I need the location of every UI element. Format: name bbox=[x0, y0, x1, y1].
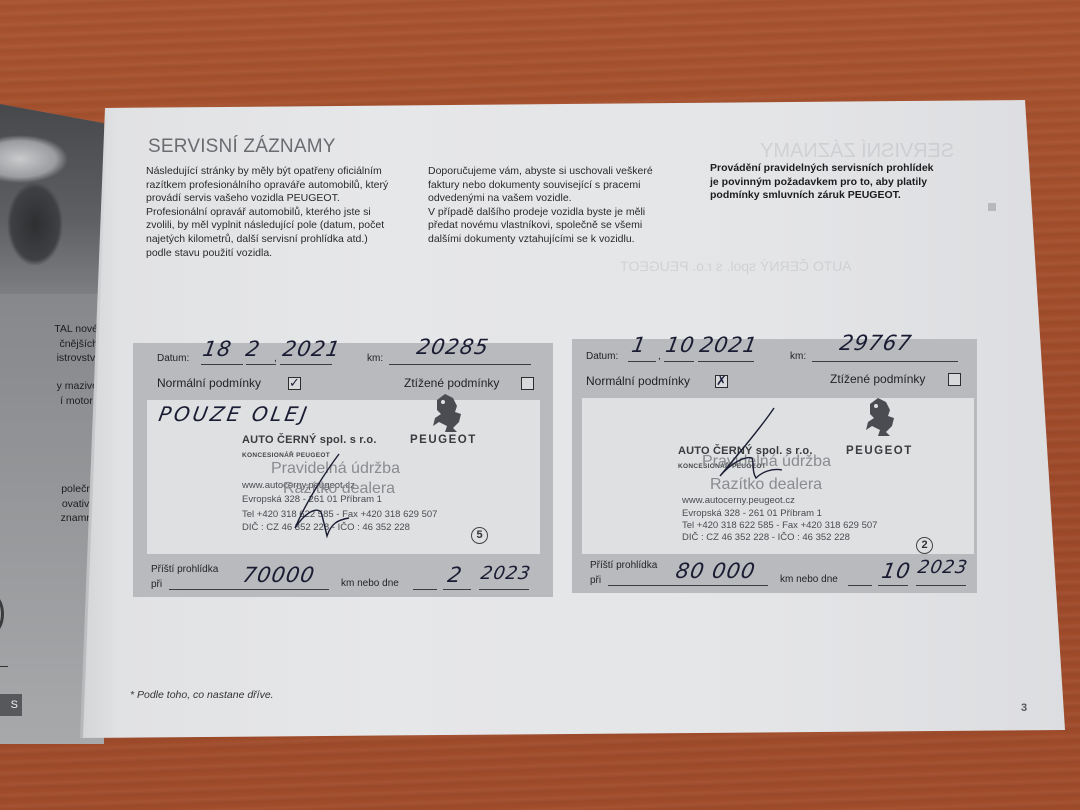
date-separator: , bbox=[658, 351, 661, 362]
divider bbox=[0, 666, 8, 667]
km-or-date-label: km nebo dne bbox=[341, 578, 399, 589]
severe-conditions-checkbox[interactable] bbox=[948, 373, 961, 386]
stamp-phone: Tel +420 318 622 585 - Fax +420 318 629 … bbox=[682, 520, 877, 531]
vehicle-photo bbox=[0, 104, 104, 294]
page-title: SERVISNÍ ZÁZNAMY bbox=[148, 136, 336, 158]
text-line: TAL nové bbox=[54, 322, 98, 337]
section-tab: S bbox=[0, 694, 22, 716]
next-km-value[interactable]: 70000 bbox=[241, 563, 317, 587]
next-inspection-at-label: při bbox=[590, 575, 601, 586]
stamp-brand: PEUGEOT bbox=[846, 445, 913, 457]
show-through-title: SERVISNÍ ZÁZNAMY bbox=[760, 140, 954, 163]
text-line: V případě dalšího prodeje vozidla byste … bbox=[428, 206, 688, 220]
left-page-text-b: y mazivo í motor i bbox=[57, 379, 98, 408]
date-day-value[interactable]: 18 bbox=[201, 337, 234, 361]
km-label: km: bbox=[367, 353, 383, 364]
service-number-badge: 5 bbox=[471, 527, 488, 544]
next-date-day-line bbox=[413, 589, 437, 590]
normal-conditions-label: Normální podmínky bbox=[586, 374, 690, 388]
next-date-year-line bbox=[479, 589, 529, 590]
peugeot-lion-logo bbox=[427, 392, 465, 434]
text-line: í motor i bbox=[57, 394, 98, 409]
show-through-stamp: AUTO ČERNÝ spol. s r.o. PEUGEOT bbox=[620, 258, 852, 274]
dealer-stamp-area: AUTO ČERNÝ spol. s r.o. PEUGEOT KONCESIO… bbox=[582, 398, 974, 554]
date-month-value[interactable]: 10 bbox=[664, 333, 697, 357]
km-line bbox=[812, 361, 958, 362]
text-line: podle stavu použití vozidla. bbox=[146, 247, 421, 261]
service-record-card: Datum: 18 2 , 2021 km: 20285 Normální po… bbox=[133, 343, 553, 597]
date-separator: , bbox=[274, 353, 277, 364]
next-inspection-label: Příští prohlídka bbox=[590, 560, 657, 571]
stamp-address: Evropská 328 - 261 01 Příbram 1 bbox=[682, 508, 822, 519]
next-date-month-value[interactable]: 10 bbox=[880, 559, 913, 583]
text-line: istrovství bbox=[54, 351, 98, 366]
date-label: Datum: bbox=[157, 353, 189, 364]
text-line: odvedenými na vašem vozidle. bbox=[428, 192, 688, 206]
stamp-website: www.autocerny.peugeot.cz bbox=[682, 495, 795, 506]
stamp-company: AUTO ČERNÝ spol. s r.o. bbox=[242, 434, 377, 446]
dealer-stamp-area: POUZE OLEJ AUTO ČERNÝ spol. s r.o. PEUGE… bbox=[147, 400, 540, 554]
text-line: podmínky smluvních záruk PEUGEOT. bbox=[710, 189, 985, 203]
text-line: Následující stránky by měly být opatřeny… bbox=[146, 165, 421, 179]
intro-column-3-warranty-note: Provádění pravidelných servisních prohlí… bbox=[710, 162, 985, 203]
text-line: razítkem profesionálního opraváře automo… bbox=[146, 179, 421, 193]
date-year-value[interactable]: 2021 bbox=[281, 337, 343, 361]
date-year-line bbox=[280, 364, 332, 365]
stamp-brand: PEUGEOT bbox=[410, 434, 477, 446]
next-inspection-label: Příští prohlídka bbox=[151, 564, 218, 575]
service-record-card: Datum: 1 , 10 2021 km: 29767 Normální po… bbox=[572, 339, 977, 593]
signature bbox=[702, 406, 792, 486]
date-day-line bbox=[201, 364, 243, 365]
severe-conditions-label: Ztížené podmínky bbox=[830, 372, 925, 386]
km-line bbox=[389, 364, 531, 365]
text-line: Profesionální opravář automobilů, kteréh… bbox=[146, 206, 421, 220]
peugeot-lion-logo bbox=[860, 396, 898, 438]
next-date-day-line bbox=[848, 585, 872, 586]
km-label: km: bbox=[790, 351, 806, 362]
date-day-value[interactable]: 1 bbox=[630, 333, 649, 357]
normal-conditions-checkbox[interactable]: ✓ bbox=[288, 377, 301, 390]
text-line: je povinným požadavkem pro to, aby plati… bbox=[710, 176, 985, 190]
next-date-year-value[interactable]: 2023 bbox=[479, 563, 533, 584]
text-line: provádí servis vašeho vozidla PEUGEOT. bbox=[146, 192, 421, 206]
next-date-year-line bbox=[916, 585, 966, 586]
normal-conditions-label: Normální podmínky bbox=[157, 376, 261, 390]
marker-square bbox=[988, 203, 996, 211]
circle-graphic bbox=[0, 594, 4, 634]
next-km-line bbox=[608, 585, 768, 586]
normal-conditions-checkbox[interactable]: ✗ bbox=[715, 375, 728, 388]
next-date-month-line bbox=[443, 589, 471, 590]
km-value[interactable]: 29767 bbox=[838, 331, 914, 355]
next-inspection-at-label: při bbox=[151, 579, 162, 590]
left-page-text-a: TAL nové čnějších istrovství bbox=[54, 322, 98, 366]
service-number-badge: 2 bbox=[916, 537, 933, 554]
next-date-month-value[interactable]: 2 bbox=[446, 563, 465, 587]
severe-conditions-label: Ztížené podmínky bbox=[404, 376, 499, 390]
severe-conditions-checkbox[interactable] bbox=[521, 377, 534, 390]
text-line: faktury nebo dokumenty související s pra… bbox=[428, 179, 688, 193]
text-line: Provádění pravidelných servisních prohlí… bbox=[710, 162, 985, 176]
signature bbox=[277, 450, 357, 540]
km-value[interactable]: 20285 bbox=[415, 335, 491, 359]
intro-column-2: Doporučujeme vám, abyste si uschovali ve… bbox=[428, 165, 688, 247]
footnote: * Podle toho, co nastane dříve. bbox=[130, 689, 274, 701]
next-km-line bbox=[169, 589, 329, 590]
next-date-month-line bbox=[878, 585, 908, 586]
handwritten-note: POUZE OLEJ bbox=[157, 402, 312, 426]
text-line: najetých kilometrů, další servisní prohl… bbox=[146, 233, 421, 247]
page-number: 3 bbox=[1021, 702, 1027, 714]
date-month-line bbox=[664, 361, 694, 362]
text-line: čnějších bbox=[54, 337, 98, 352]
date-year-value[interactable]: 2021 bbox=[698, 333, 760, 357]
text-line: předat novému vlastníkovi, společně se v… bbox=[428, 219, 688, 233]
date-month-line bbox=[246, 364, 276, 365]
date-day-line bbox=[628, 361, 656, 362]
text-line: dalšími dokumenty vztahujícími se k vozi… bbox=[428, 233, 688, 247]
intro-column-1: Následující stránky by měly být opatřeny… bbox=[146, 165, 421, 260]
date-month-value[interactable]: 2 bbox=[244, 337, 263, 361]
stamp-ids: DIČ : CZ 46 352 228 - IČO : 46 352 228 bbox=[682, 532, 850, 543]
km-or-date-label: km nebo dne bbox=[780, 574, 838, 585]
date-label: Datum: bbox=[586, 351, 618, 362]
text-line: y mazivo bbox=[57, 379, 98, 394]
date-year-line bbox=[698, 361, 754, 362]
text-line: Doporučujeme vám, abyste si uschovali ve… bbox=[428, 165, 688, 179]
next-date-year-value[interactable]: 2023 bbox=[916, 557, 970, 578]
next-km-value[interactable]: 80 000 bbox=[674, 559, 758, 583]
text-line: zvolili, by měl vyplnit následující pole… bbox=[146, 219, 421, 233]
